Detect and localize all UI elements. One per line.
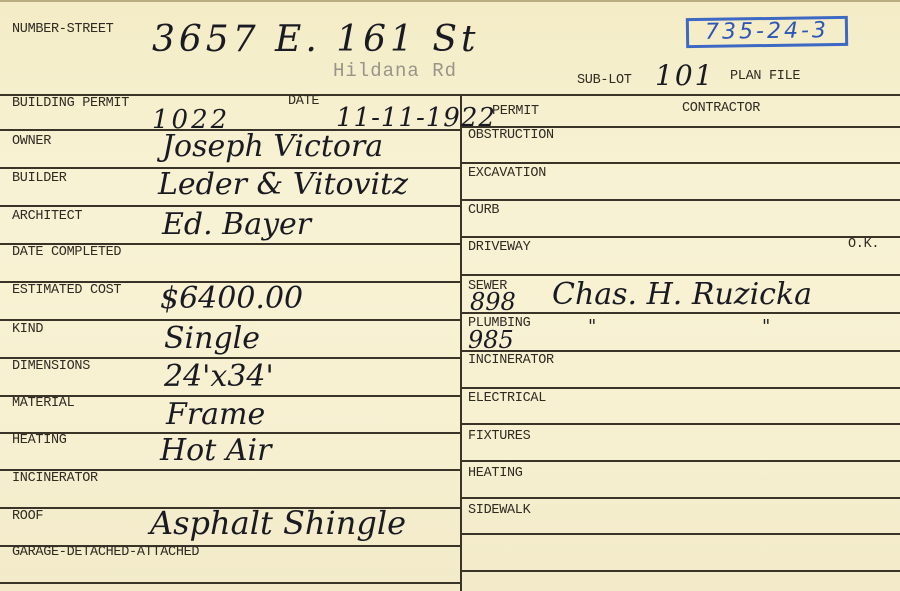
rule-line (0, 205, 461, 207)
permit-fixtures-label: FIXTURES (468, 430, 530, 444)
material-label: MATERIAL (12, 397, 74, 411)
rule-line (460, 350, 900, 352)
incinerator-label: INCINERATOR (12, 472, 98, 486)
estimated-cost-label: ESTIMATED COST (12, 284, 121, 298)
plan-file-label: PLAN FILE (730, 70, 800, 84)
roof-label: ROOF (12, 510, 43, 524)
rule-line (460, 312, 900, 314)
roof-value: Asphalt Shingle (150, 507, 406, 539)
building-permit-label: BUILDING PERMIT (12, 97, 129, 111)
plumbing-permit-value: 985 (468, 328, 514, 352)
builder-value: Leder & Vitovitz (158, 170, 408, 200)
rule-line (460, 423, 900, 425)
rule-line (460, 274, 900, 276)
rule-line (0, 94, 900, 96)
permit-column-header: PERMIT (492, 105, 539, 119)
rule-line (0, 507, 461, 509)
permit-card: NUMBER-STREET 3657 E. 161 St Hildana Rd … (0, 0, 900, 591)
rule-line (460, 199, 900, 201)
architect-value: Ed. Bayer (162, 210, 311, 240)
rule-line (0, 129, 461, 131)
rule-line (460, 570, 900, 572)
rule-line (0, 432, 461, 434)
lot-number-stamp: 735-24-3 (686, 16, 848, 48)
rule-line (0, 582, 461, 584)
rule-line (460, 497, 900, 499)
estimated-cost-value: $6400.00 (160, 284, 303, 314)
sewer-contractor-value: Chas. H. Ruzicka (552, 280, 812, 310)
rule-line (460, 460, 900, 462)
number-street-value: 3657 E. 161 St (152, 22, 480, 58)
column-divider (460, 94, 462, 591)
permit-driveway-label: DRIVEWAY (468, 241, 530, 255)
permit-sewer-label: SEWER (468, 280, 507, 294)
heating-label: HEATING (12, 434, 67, 448)
rule-line (460, 236, 900, 238)
kind-label: KIND (12, 323, 43, 337)
plumbing-contractor-ditto: " " (588, 318, 850, 336)
driveway-note: O.K. (848, 238, 879, 252)
number-street-label: NUMBER-STREET (12, 23, 113, 37)
permit-electrical-label: ELECTRICAL (468, 392, 546, 406)
owner-value: Joseph Victora (162, 132, 383, 162)
date-label: DATE (288, 95, 319, 109)
sub-lot-value: 101 (655, 62, 714, 90)
permit-plumbing-label: PLUMBING (468, 317, 530, 331)
kind-value: Single (164, 324, 260, 354)
rule-line (460, 162, 900, 164)
rule-line (460, 387, 900, 389)
contractor-column-header: CONTRACTOR (682, 102, 760, 116)
architect-label: ARCHITECT (12, 210, 82, 224)
permit-heating-label: HEATING (468, 467, 523, 481)
date-completed-label: DATE COMPLETED (12, 246, 121, 260)
permit-excavation-label: EXCAVATION (468, 167, 546, 181)
material-value: Frame (166, 400, 265, 430)
heating-value: Hot Air (160, 436, 271, 466)
builder-label: BUILDER (12, 172, 67, 186)
rule-line (460, 533, 900, 535)
permit-obstruction-label: OBSTRUCTION (468, 129, 554, 143)
dimensions-label: DIMENSIONS (12, 360, 90, 374)
rule-line (0, 319, 461, 321)
garage-detached-attached-label: GARAGE-DETACHED-ATTACHED (12, 546, 199, 560)
sub-lot-label: SUB-LOT (577, 74, 632, 88)
street-stamp: Hildana Rd (333, 60, 457, 82)
permit-sidewalk-label: SIDEWALK (468, 504, 530, 518)
rule-line (0, 167, 461, 169)
owner-label: OWNER (12, 135, 51, 149)
permit-curb-label: CURB (468, 204, 499, 218)
permit-incinerator-label: INCINERATOR (468, 354, 554, 368)
dimensions-value: 24'x34' (164, 362, 274, 392)
